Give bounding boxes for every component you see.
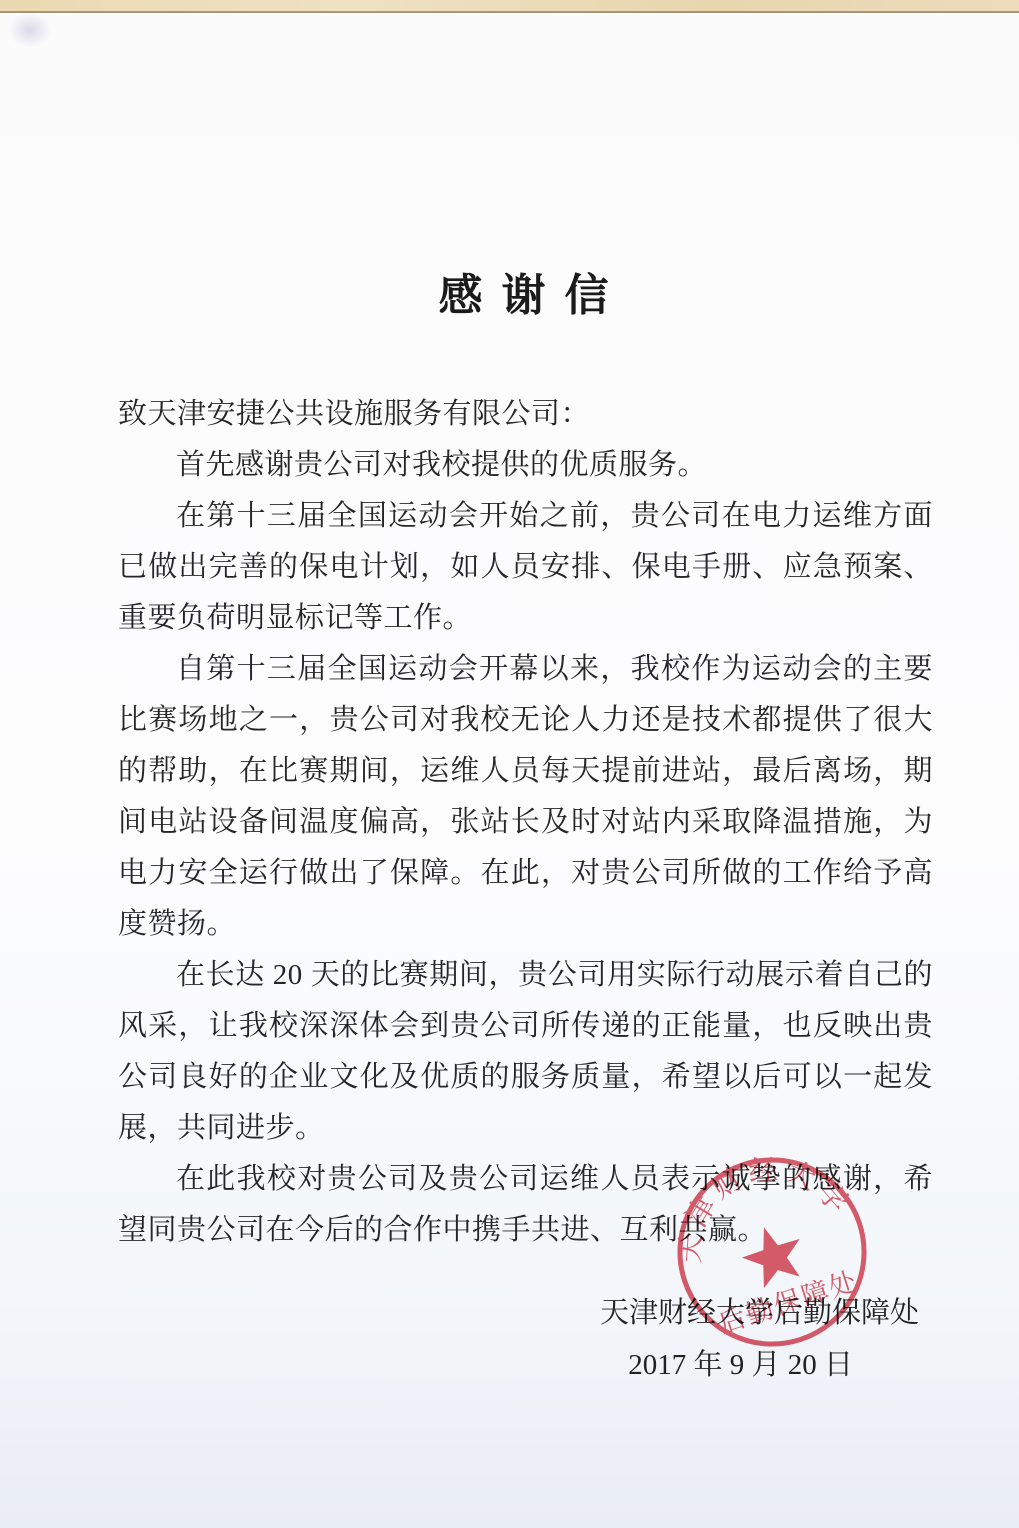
scan-edge-strip bbox=[0, 0, 1019, 13]
letter-body: 感 谢 信 致天津安捷公共设施服务有限公司： 首先感谢贵公司对我校提供的优质服务… bbox=[0, 13, 1019, 1391]
salutation: 致天津安捷公共设施服务有限公司： bbox=[118, 389, 933, 440]
letter-title: 感 谢 信 bbox=[118, 259, 933, 323]
paragraph: 在此我校对贵公司及贵公司运维人员表示诚挚的感谢，希望同贵公司在今后的合作中携手共… bbox=[118, 1154, 933, 1256]
scanned-letter-page: 感 谢 信 致天津安捷公共设施服务有限公司： 首先感谢贵公司对我校提供的优质服务… bbox=[0, 0, 1019, 1528]
signature: 天津财经大学后勤保障处 bbox=[118, 1288, 933, 1339]
paragraph: 首先感谢贵公司对我校提供的优质服务。 bbox=[118, 440, 933, 491]
letter-text: 致天津安捷公共设施服务有限公司： 首先感谢贵公司对我校提供的优质服务。 在第十三… bbox=[118, 389, 933, 1256]
paragraph: 自第十三届全国运动会开幕以来，我校作为运动会的主要比赛场地之一，贵公司对我校无论… bbox=[118, 644, 933, 950]
date: 2017 年 9 月 20 日 bbox=[118, 1339, 933, 1391]
paragraph: 在第十三届全国运动会开始之前，贵公司在电力运维方面已做出完善的保电计划，如人员安… bbox=[118, 491, 933, 644]
paragraph: 在长达 20 天的比赛期间，贵公司用实际行动展示着自己的风采，让我校深深体会到贵… bbox=[118, 950, 933, 1154]
